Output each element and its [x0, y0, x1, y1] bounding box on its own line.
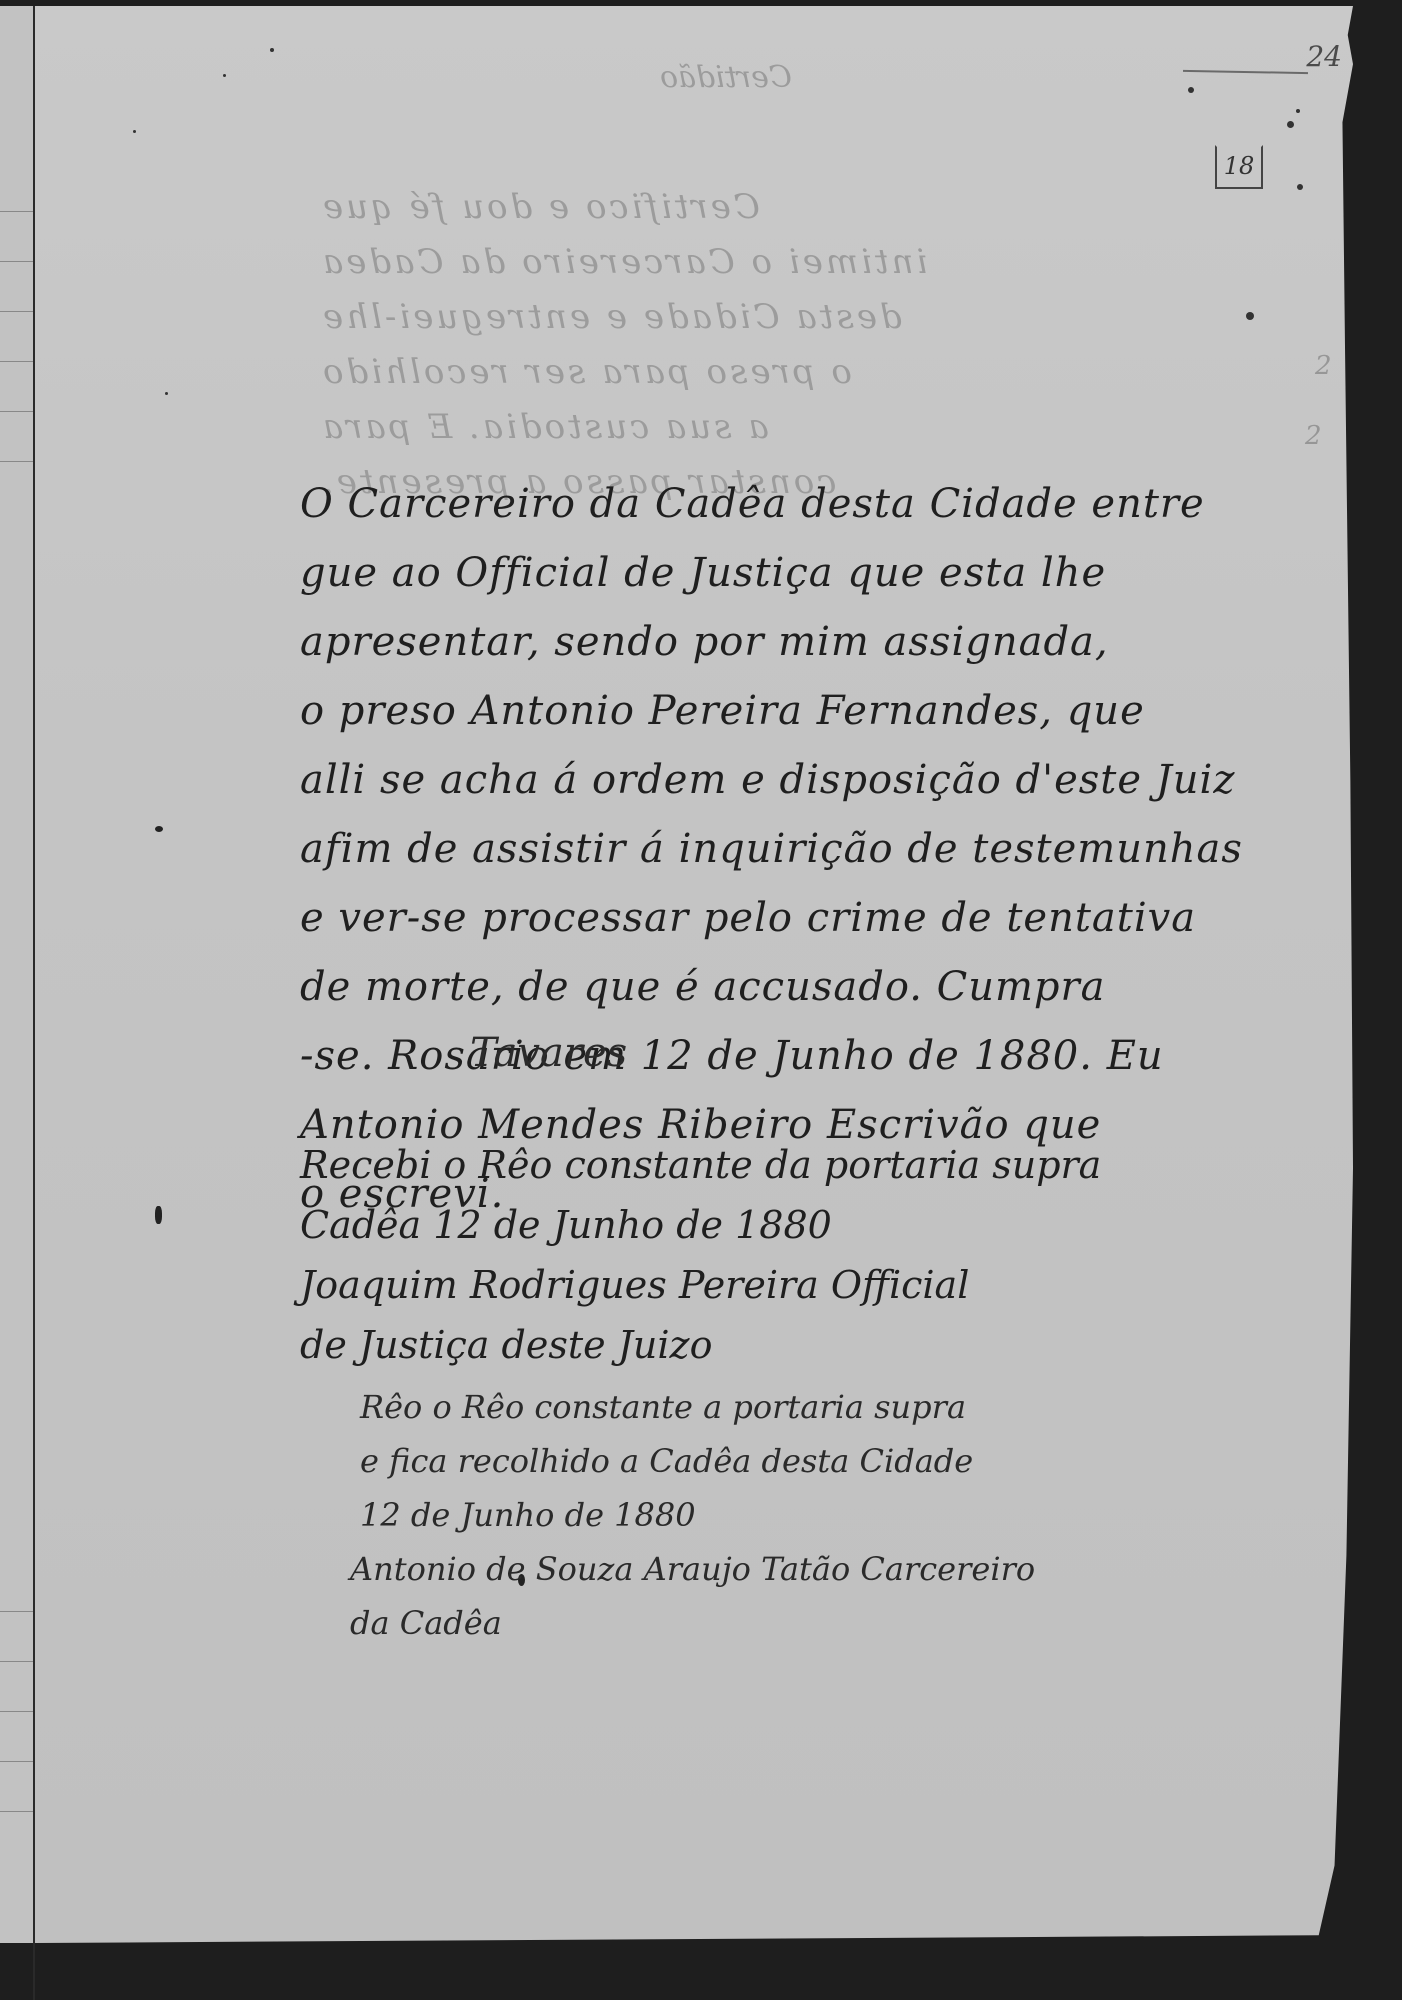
- jailer-receipt-paragraph: Rêo o Rêo constante a portaria supra e f…: [360, 1380, 1035, 1650]
- margin-mark: 2: [1315, 351, 1332, 381]
- text-line: Joaquim Rodrigues Pereira Official: [300, 1255, 1101, 1315]
- text-line: afim de assistir á inquirição de testemu…: [300, 815, 1243, 884]
- text-line: O Carcereiro da Cadêa desta Cidade entre: [300, 470, 1243, 539]
- receipt-paragraph: Recebi o Rêo constante da portaria supra…: [300, 1135, 1101, 1375]
- margin-mark: 2: [1305, 421, 1322, 451]
- text-line: da Cadêa: [350, 1596, 1035, 1650]
- text-line: apresentar, sendo por mim assignada,: [300, 608, 1243, 677]
- bleed-line: Certifico e dou fé que: [320, 180, 1220, 235]
- text-line: Recebi o Rêo constante da portaria supra: [300, 1135, 1101, 1195]
- text-line: de morte, de que é accusado. Cumpra: [300, 953, 1243, 1022]
- ink-blot: [155, 826, 163, 832]
- page-number: 24: [1306, 40, 1342, 73]
- folio-number-box: 18: [1215, 145, 1263, 189]
- bleed-line: desta Cidade e entreguei-lhe: [320, 290, 1220, 345]
- text-line: Cadêa 12 de Junho de 1880: [300, 1195, 1101, 1255]
- text-line: alli se acha á ordem e disposição d'este…: [300, 746, 1243, 815]
- text-line: o preso Antonio Pereira Fernandes, que: [300, 677, 1243, 746]
- ink-blot: [155, 1206, 162, 1224]
- bleed-through-text: Certifico e dou fé que intimei o Carcere…: [320, 180, 1220, 510]
- text-line: Antonio de Souza Araujo Tatão Carcereiro: [350, 1542, 1035, 1596]
- judge-signature: Tavares: [470, 1030, 627, 1076]
- text-line: e fica recolhido a Cadêa desta Cidade: [360, 1434, 1035, 1488]
- binding-margin-line: [33, 6, 35, 2000]
- bleed-through-title: Certidão: [660, 60, 792, 95]
- bleed-line: o preso para ser recolhido: [320, 345, 1220, 400]
- folio-number: 18: [1224, 152, 1255, 180]
- bleed-line: a sua custodia. E para: [320, 400, 1220, 455]
- order-paragraph: O Carcereiro da Cadêa desta Cidade entre…: [300, 470, 1243, 1229]
- text-line: e ver-se processar pelo crime de tentati…: [300, 884, 1243, 953]
- adjacent-page-edge: [0, 6, 33, 1943]
- text-line: -se. Rosario em 12 de Junho de 1880. Eu: [300, 1022, 1243, 1091]
- text-line: 12 de Junho de 1880: [360, 1488, 1035, 1542]
- text-line: gue ao Official de Justiça que esta lhe: [300, 539, 1243, 608]
- bleed-line: intimei o Carcereiro da Cadea: [320, 235, 1220, 290]
- text-line: Rêo o Rêo constante a portaria supra: [360, 1380, 1035, 1434]
- text-line: de Justiça deste Juizo: [300, 1315, 1101, 1375]
